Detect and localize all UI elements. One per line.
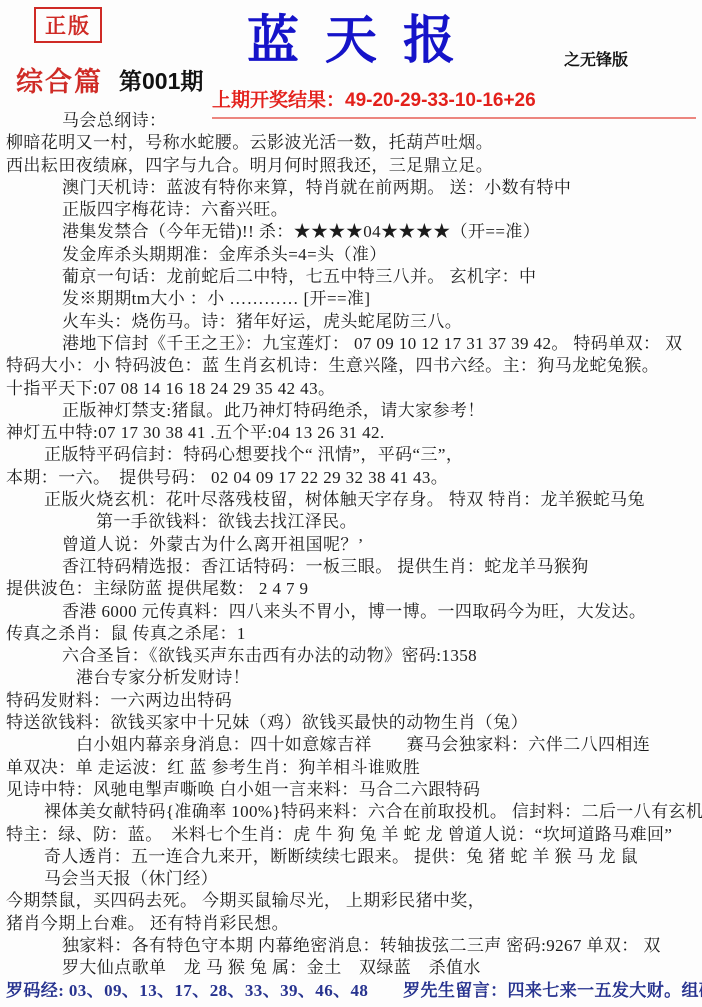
report-line: 特码发财料：一六两边出特码 (0, 690, 702, 712)
section-row: 综合篇第001期 (16, 60, 203, 99)
report-line: 独家料：各有特色守本期 内幕绝密消息：转轴拔弦二三声 密码:9267 单双： 双 (0, 935, 702, 957)
report-line: 今期禁鼠，买四码去死。 今期买鼠输尽光， 上期彩民猪中奖， (0, 890, 702, 912)
report-line: 柳暗花明又一村，号称水蛇腰。云影波光活一数，托葫芦吐烟。 (0, 132, 702, 154)
report-line: 马会总纲诗： (0, 110, 702, 132)
report-line: 六合圣旨：《欲钱买声东击西有办法的动物》密码:1358 (0, 645, 702, 667)
lantian-report-page: 正版 蓝天报 之无锋版 综合篇第001期 上期开奖结果：49-20-29-33-… (0, 0, 702, 1007)
edition-label: 之无锋版 (564, 47, 628, 70)
report-line: 发※期期tm大小 ：小 ………… [开==准] (0, 288, 702, 310)
report-line: 奇人透肖：五一连合九来开，断断续续七跟来。 提供：兔 猪 蛇 羊 猴 马 龙 鼠 (0, 846, 702, 868)
report-line: 特送欲钱料：欲钱买家中十兄妹（鸡）欲钱买最快的动物生肖（兔） (0, 712, 702, 734)
report-line: 第一手欲钱料：欲钱去找江泽民。 (0, 511, 702, 533)
issue-number: 第001期 (119, 68, 203, 94)
report-line: 火车头：烧伤马。诗：猪年好运，虎头蛇尾防三八。 (0, 311, 702, 333)
report-line: 十指平天下:07 08 14 16 18 24 29 35 42 43。 (0, 378, 702, 400)
section-title: 综合篇 (16, 67, 103, 97)
report-line: 发金库杀头期期准：金库杀头=4=头（准） (0, 244, 702, 266)
report-line: 本期：一六。 提供号码： 02 04 09 17 22 29 32 38 41 … (0, 467, 702, 489)
report-line: 神灯五中特:07 17 30 38 41 .五个平:04 13 26 31 42… (0, 422, 702, 444)
report-line: 特主：绿、防：蓝。 米料七个生肖：虎 牛 狗 兔 羊 蛇 龙 曾道人说：“坎坷道… (0, 824, 702, 846)
report-line: 港台专家分析发财诗！ (0, 667, 702, 689)
report-line: 香港 6000 元传真料：四八来头不胃小，博一博。一四取码今为旺，大发达。 (0, 601, 702, 623)
report-line: 正版四字梅花诗：六畜兴旺。 (0, 199, 702, 221)
report-line: 马会当天报（休门经） (0, 868, 702, 890)
report-line: 西出耘田夜绩麻，四字与九合。明月何时照我还，三足鼎立足。 (0, 155, 702, 177)
report-line: 曾道人说：外蒙古为什么离开祖国呢？’ (0, 534, 702, 556)
report-line: 传真之杀肖：鼠 传真之杀尾：1 (0, 623, 702, 645)
last-draw-result-numbers: 49-20-29-33-10-16+26 (345, 90, 536, 111)
report-line: 正版神灯禁支:猪鼠。此乃神灯特码绝杀，请大家参考！ (0, 400, 702, 422)
report-body: 马会总纲诗： 柳暗花明又一村，号称水蛇腰。云影波光活一数，托葫芦吐烟。 西出耘田… (0, 110, 702, 1002)
report-line: 正版火烧玄机：花叶尽落残枝留，树体触天字存身。 特双 特肖：龙羊猴蛇马兔 (0, 489, 702, 511)
report-line: 裸体美女献特码{准确率 100%}特码来料：六合在前取投机。 信封料：二后一八有… (0, 801, 702, 823)
report-line: 白小姐内幕亲身消息：四十如意嫁吉祥 赛马会独家料：六伴二八四相连 (0, 734, 702, 756)
report-line: 港集发禁合（今年无错)!! 杀：★★★★04★★★★（开==准） (0, 221, 702, 243)
report-line: 葡京一句话：龙前蛇后二中特，七五中特三八并。 玄机字：中 (0, 266, 702, 288)
last-draw-result-label: 上期开奖结果： (212, 90, 345, 111)
report-line: 罗大仙点歌单 龙 马 猴 兔 属：金土 双绿蓝 杀值水 (0, 957, 702, 979)
report-line: 香江特码精选报：香江话特码：一板三眼。 提供生肖：蛇龙羊马猴狗 (0, 556, 702, 578)
report-line: 港地下信封《千王之王》：九宝莲灯： 07 09 10 12 17 31 37 3… (0, 333, 702, 355)
report-line: 正版特平码信封：特码心想要找个“ 汛情”，平码“三”， (0, 444, 702, 466)
report-line-footer: 罗码经: 03、09、13、17、28、33、39、46、48 罗先生留言：四来… (0, 980, 702, 1002)
report-line: 提供波色：主绿防蓝 提供尾数： 2 4 7 9 (0, 578, 702, 600)
report-line: 特码大小：小 特码波色：蓝 生肖玄机诗：生意兴隆，四书六经。主：狗马龙蛇兔猴。 (0, 355, 702, 377)
report-line: 猪肖今期上台难。 还有特肖彩民想。 (0, 913, 702, 935)
report-line: 见诗中特：风驰电掣声嘶唤 白小姐一言来料：马合二六跟特码 (0, 779, 702, 801)
report-line: 澳门天机诗：蓝波有特你来算，特肖就在前两期。 送：小数有特中 (0, 177, 702, 199)
report-line: 单双决：单 走运波：红 蓝 参考生肖：狗羊相斗谁败胜 (0, 757, 702, 779)
